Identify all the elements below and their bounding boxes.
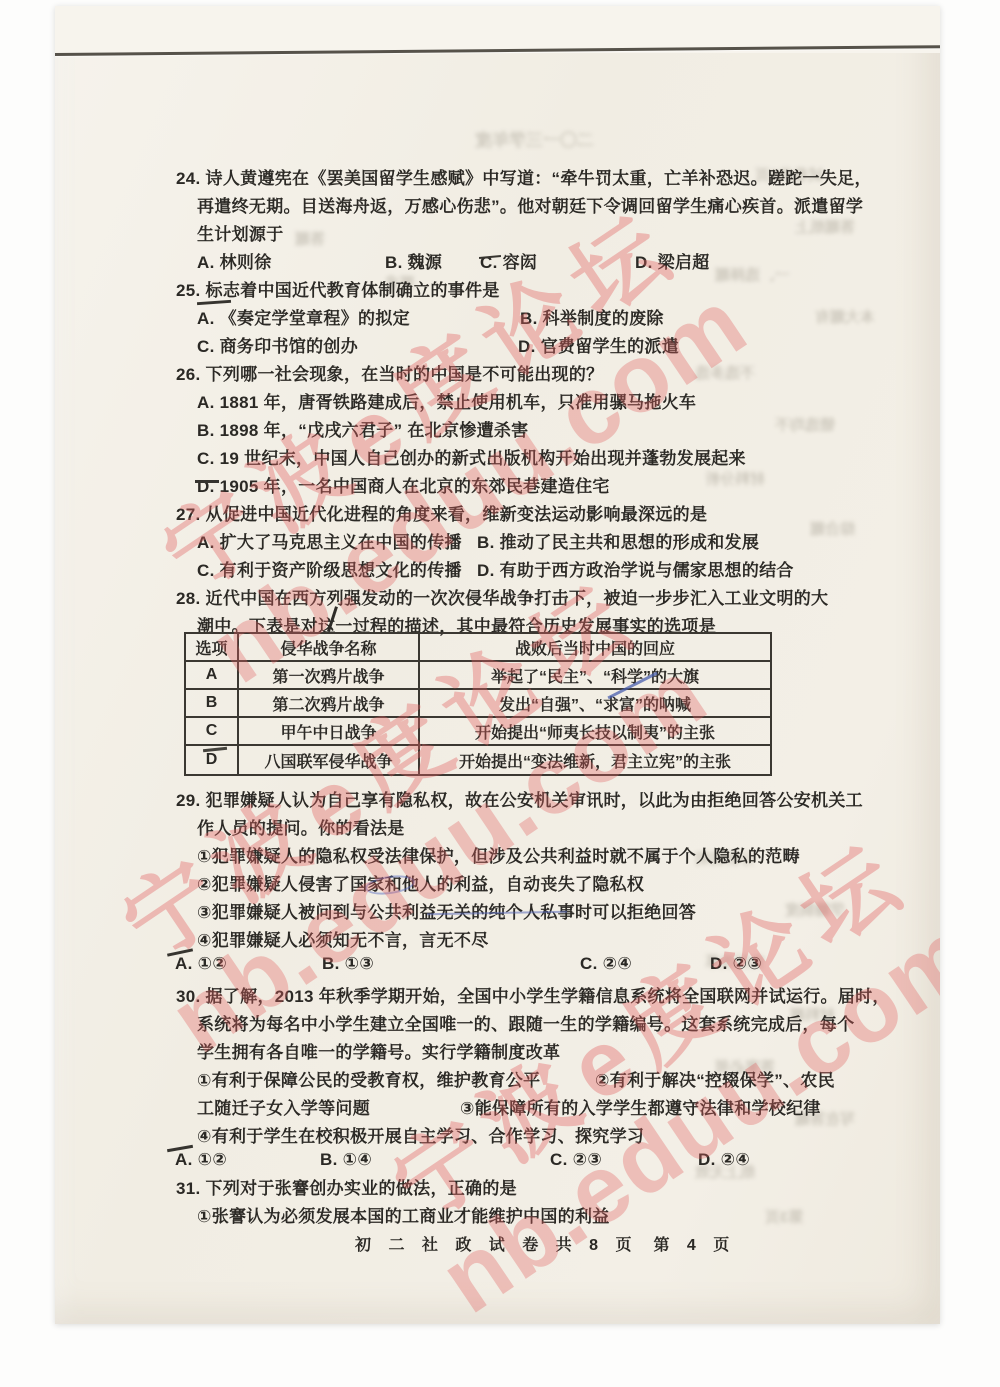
bleedthrough-mirror-title: 二〇一三学年度 (475, 126, 594, 151)
question-29-option-d: D. ②③ (710, 954, 762, 974)
question-29-statement-3: ③犯罪嫌疑人被问到与公共利益无关的纯个人私事时可以拒绝回答 (197, 898, 696, 923)
question-26-stem: 26. 下列哪一社会现象，在当时的中国是不可能出现的？ (176, 360, 603, 385)
exam-paper-sheet: 二〇一三学年度 试卷共8页 答题纸上 一、选择题 本大题有 不选多选 错选均不 … (55, 6, 940, 1324)
scanned-exam-page: 二〇一三学年度 试卷共8页 答题纸上 一、选择题 本大题有 不选多选 错选均不 … (0, 0, 1000, 1387)
table-cell: 第一次鸦片战争 (239, 662, 420, 690)
question-30-statement-3: ③能保障所有的入学学生都遵守法律和学校纪律 (460, 1094, 821, 1119)
table-cell: 甲午中日战争 (239, 718, 420, 746)
question-24-line-2: 再遣终无期。目送海舟返，万感心伤悲”。他对朝廷下令调回留学生痛心疾首。派遣留学 (197, 192, 863, 217)
bleedthrough-line: 答题 (295, 228, 325, 249)
question-30-statement-1: ①有利于保障公民的受教育权，维护教育公平 (197, 1066, 540, 1091)
question-28-line-1: 28. 近代中国在西方列强发动的一次次侵华战争打击下，被迫一步步汇入工业文明的大 (176, 584, 828, 609)
question-29-statement-4: ④犯罪嫌疑人必须知无不言，言无不尽 (197, 926, 489, 951)
question-27-option-c: C. 有利于资产阶级思想文化的传播 (197, 556, 462, 581)
table-cell: 第二次鸦片战争 (239, 690, 420, 718)
table-header-option: 选项 (186, 634, 239, 662)
bleedthrough-line: 一、选择题 (715, 264, 790, 285)
question-29-option-a: A. ①② (175, 954, 227, 974)
question-28-table: 选项 侵华战争名称 战败后当时中国的回应 A 第一次鸦片战争 举起了“民主”、“… (184, 632, 772, 776)
question-24-option-d: D. 梁启超 (635, 248, 710, 273)
bleedthrough-line: 综合题 (810, 518, 855, 539)
question-24-option-a: A. 林则徐 (197, 248, 272, 273)
table-header-war-name: 侵华战争名称 (239, 634, 420, 662)
question-30-statement-4: ④有利于学生在校积极开展自主学习、合作学习、探究学习 (197, 1122, 644, 1147)
bleedthrough-line: 不选多选 (695, 362, 755, 383)
question-30-line-2: 系统将为每名中小学生建立全国唯一的、跟随一生的学籍编号。这套系统完成后，每个 (197, 1010, 854, 1035)
question-24-line-3: 生计划源于 (197, 220, 284, 245)
question-29-option-c: C. ②④ (580, 954, 632, 974)
question-29-statement-1: ①犯罪嫌疑人的隐私权受法律保护，但涉及公共利益时就不属于个人隐私的范畴 (197, 842, 800, 867)
question-24-line-1: 24. 诗人黄遵宪在《罢美国留学生感赋》中写道：“牵牛罚太重，亡羊补恐迟。蹉跎一… (176, 164, 872, 189)
question-29-line-2: 作人员的提问。你的看法是 (197, 814, 405, 839)
page-footer: 初 二 社 政 试 卷 共 8 页 第 4 页 (355, 1232, 732, 1255)
bleedthrough-line: 本大题有 (815, 306, 875, 327)
question-30-option-a: A. ①② (175, 1150, 227, 1170)
bleedthrough-line: 学籍制度 (785, 899, 845, 920)
question-30-line-3: 学生拥有各自唯一的学籍号。实行学籍制度改革 (197, 1038, 560, 1063)
table-cell: 举起了“民主”、“科学”的大旗 (420, 662, 770, 690)
question-26-option-c: C. 19 世纪末，中国人自己创办的新式出版机构开始出现并蓬勃发展起来 (197, 444, 746, 469)
question-24-option-b: B. 魏源 (385, 248, 442, 273)
bleedthrough-line: 错选均不 (775, 414, 835, 435)
question-25-stem: 25. 标志着中国近代教育体制确立的事件是 (176, 276, 500, 301)
question-29-statement-2: ②犯罪嫌疑人侵害了国家和他人的利益，自动丧失了隐私权 (197, 870, 644, 895)
pen-mark-strike-q26-d (195, 480, 219, 483)
question-26-option-d: D. 1905 年，一名中国商人在北京的东郊民巷建造住宅 (197, 472, 610, 497)
question-31-statement-1: ①张謇认为必须发展本国的工商业才能维护中国的利益 (197, 1202, 610, 1227)
question-24-option-c: C. 容闳 (480, 248, 537, 273)
question-30-statement-2-cont: 工随迁子女入学等问题 (197, 1094, 370, 1119)
bleedthrough-line: 答题纸上 (795, 216, 855, 237)
table-cell: A (186, 662, 239, 690)
question-27-option-b: B. 推动了民主共和思想的形成和发展 (477, 528, 759, 553)
table-cell: C (186, 718, 239, 746)
question-30-option-b: B. ①④ (320, 1150, 372, 1170)
table-header-response: 战败后当时中国的回应 (420, 634, 770, 662)
question-27-option-d: D. 有助于西方政治学说与儒家思想的结合 (477, 556, 794, 581)
question-29-line-1: 29. 犯罪嫌疑人认为自己享有隐私权，故在公安机关审讯时，以此为由拒绝回答公安机… (176, 786, 863, 811)
question-29-option-b: B. ①③ (322, 954, 374, 974)
question-26-option-a: A. 1881 年，唐胥铁路建成后，禁止使用机车，只准用骡马拖火车 (197, 388, 696, 413)
table-cell: 开始提出“师夷长技以制夷”的主张 (420, 718, 770, 746)
question-25-option-c: C. 商务印书馆的创办 (197, 332, 358, 357)
question-27-stem: 27. 从促进中国近代化进程的角度来看，维新变法运动影响最深远的是 (176, 500, 707, 525)
question-30-option-c: C. ②③ (550, 1150, 602, 1170)
bleedthrough-line: 第3页 (765, 1206, 803, 1227)
question-30-statement-2: ②有利于解决“控辍保学”、农民 (595, 1066, 835, 1091)
question-30-line-1: 30. 据了解，2013 年秋季学期开始，全国中小学生学籍信息系统将全国联网并试… (176, 982, 890, 1007)
table-cell: 发出“自强”、“求富”的呐喊 (420, 690, 770, 718)
question-30-option-d: D. ②④ (698, 1150, 750, 1170)
table-cell: B (186, 690, 239, 718)
table-cell: 开始提出“变法维新，君主立宪”的主张 (420, 746, 770, 774)
table-cell: 八国联军侵华战争 (239, 746, 420, 774)
question-27-option-a: A. 扩大了马克思主义在中国的传播 (197, 528, 462, 553)
question-25-option-b: B. 科举制度的废除 (520, 304, 664, 329)
question-25-option-a: A. 《奏定学堂章程》的拟定 (197, 304, 410, 329)
question-26-option-b: B. 1898 年，“戊戌六君子” 在北京惨遭杀害 (197, 416, 529, 441)
bleedthrough-line: 材料分析 (705, 468, 765, 489)
question-25-option-d: D. 官费留学生的派遣 (518, 332, 679, 357)
question-31-stem: 31. 下列对于张謇创办实业的做法，正确的是 (176, 1174, 517, 1199)
